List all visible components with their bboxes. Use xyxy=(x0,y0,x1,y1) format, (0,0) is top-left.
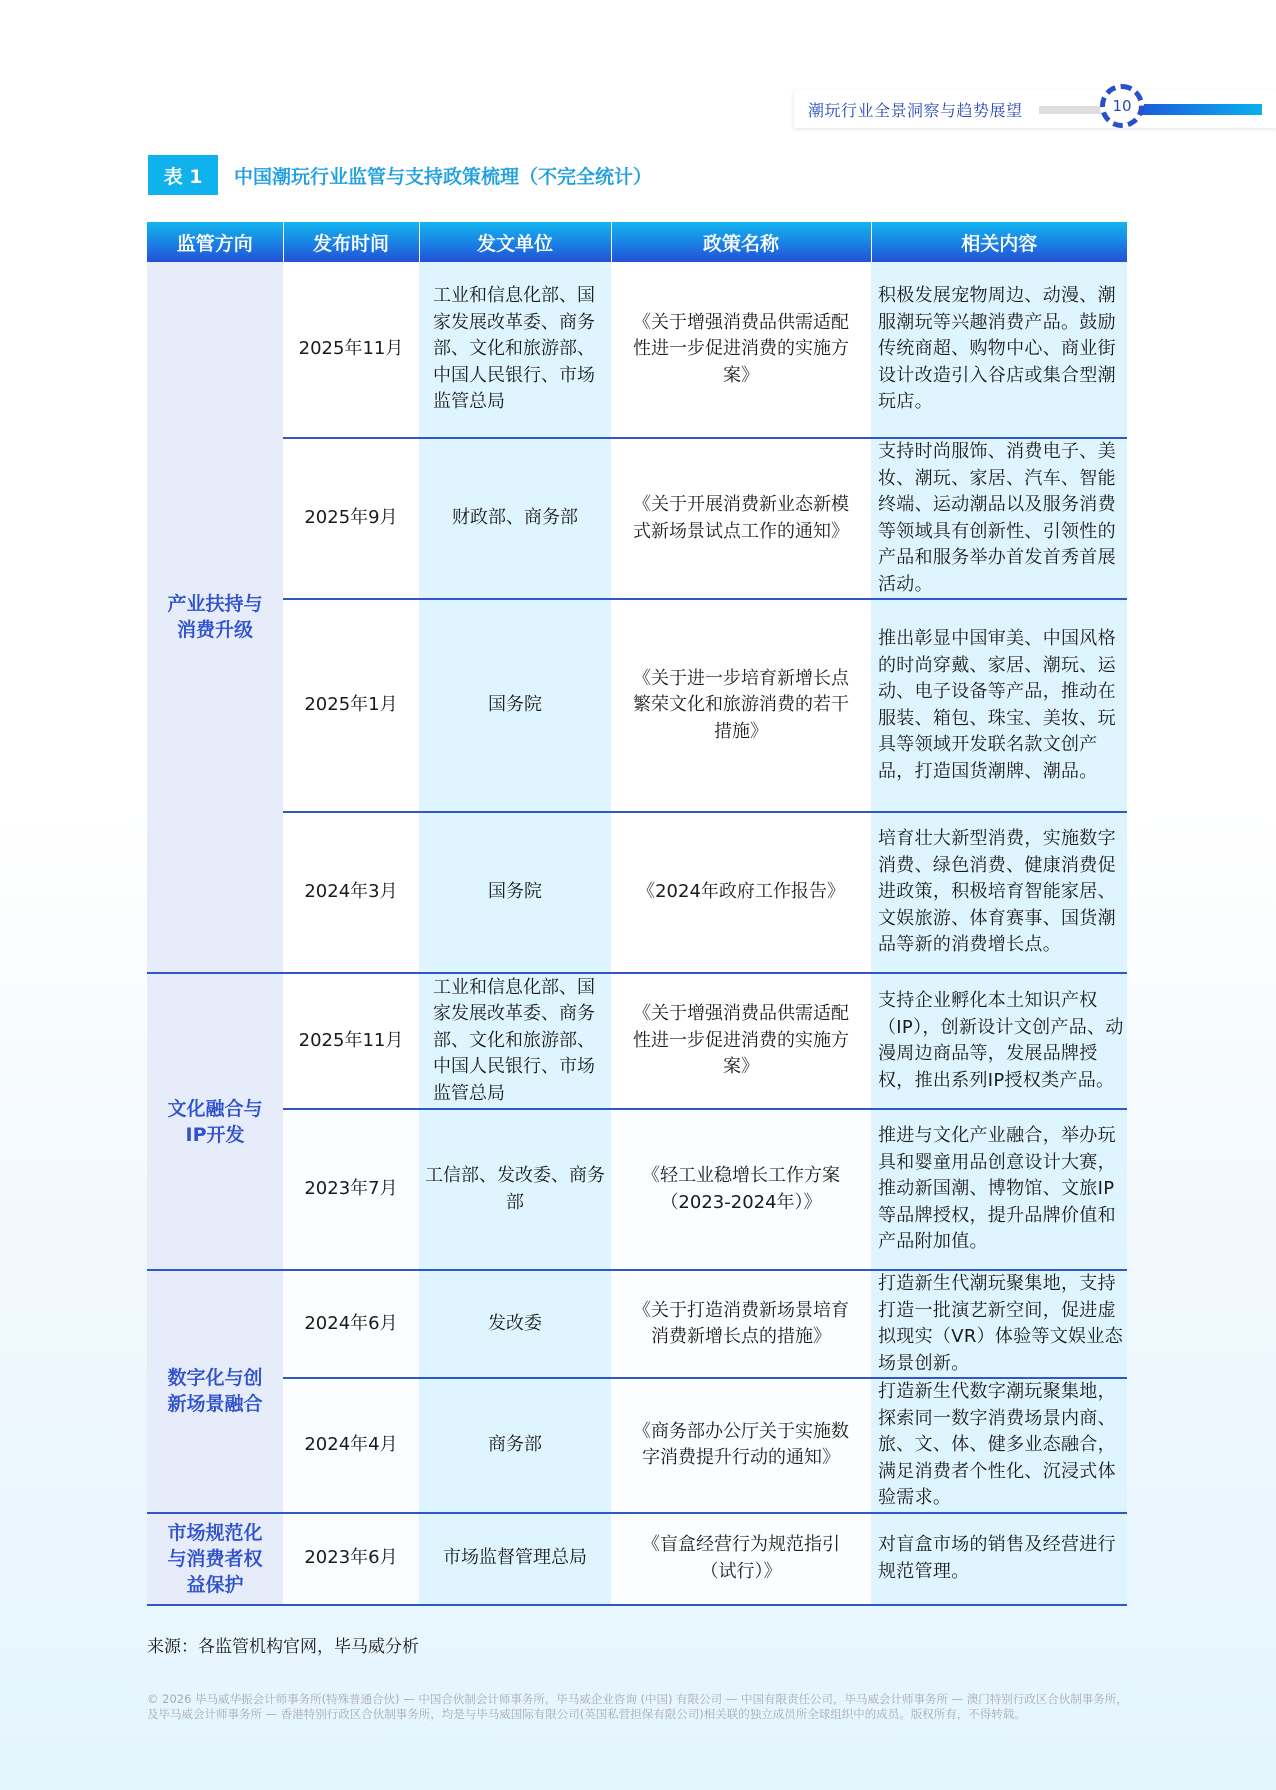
content-cell: 打造新生代潮玩聚集地，支持打造一批演艺新空间，促进虚拟现实（VR）体验等文娱业态… xyxy=(871,1270,1127,1378)
org-cell: 国务院 xyxy=(419,812,611,973)
table-row: 数字化与创 新场景融合 2024年6月 发改委 《关于打造消费新场景培育消费新增… xyxy=(147,1270,1127,1378)
table-header-row: 监管方向 发布时间 发文单位 政策名称 相关内容 xyxy=(147,222,1127,262)
report-header: 潮玩行业全景洞察与趋势展望 10 xyxy=(794,90,1276,128)
org-cell: 商务部 xyxy=(419,1378,611,1513)
table-label: 表 1 xyxy=(148,155,218,195)
date-cell: 2024年3月 xyxy=(283,812,419,973)
table-row: 市场规范化 与消费者权 益保护 2023年6月 市场监督管理总局 《盲盒经营行为… xyxy=(147,1513,1127,1605)
column-header-direction: 监管方向 xyxy=(147,222,283,262)
policy-cell: 《关于增强消费品供需适配性进一步促进消费的实施方案》 xyxy=(611,262,871,438)
page-dial-icon: 10 xyxy=(1100,84,1144,128)
table-row: 产业扶持与 消费升级 2025年11月 工业和信息化部、国家发展改革委、商务部、… xyxy=(147,262,1127,438)
table-title: 中国潮玩行业监管与支持政策梳理（不完全统计） xyxy=(234,162,652,189)
column-header-date: 发布时间 xyxy=(283,222,419,262)
policy-cell: 《盲盒经营行为规范指引（试行）》 xyxy=(611,1513,871,1605)
date-cell: 2025年1月 xyxy=(283,599,419,812)
policy-cell: 《关于进一步培育新增长点繁荣文化和旅游消费的若干措施》 xyxy=(611,599,871,812)
column-header-org: 发文单位 xyxy=(419,222,611,262)
direction-cell: 产业扶持与 消费升级 xyxy=(147,262,283,973)
table-row: 2025年1月 国务院 《关于进一步培育新增长点繁荣文化和旅游消费的若干措施》 … xyxy=(147,599,1127,812)
direction-cell: 市场规范化 与消费者权 益保护 xyxy=(147,1513,283,1605)
table-row: 2023年7月 工信部、发改委、商务部 《轻工业稳增长工作方案（2023-202… xyxy=(147,1109,1127,1270)
table-row: 2024年3月 国务院 《2024年政府工作报告》 培育壮大新型消费，实施数字消… xyxy=(147,812,1127,973)
content-cell: 推出彰显中国审美、中国风格的时尚穿戴、家居、潮玩、运动、电子设备等产品，推动在服… xyxy=(871,599,1127,812)
org-cell: 工业和信息化部、国家发展改革委、商务部、文化和旅游部、中国人民银行、市场监管总局 xyxy=(419,262,611,438)
date-cell: 2023年6月 xyxy=(283,1513,419,1605)
policy-cell: 《关于打造消费新场景培育消费新增长点的措施》 xyxy=(611,1270,871,1378)
date-cell: 2025年9月 xyxy=(283,438,419,599)
policy-cell: 《轻工业稳增长工作方案（2023-2024年）》 xyxy=(611,1109,871,1270)
date-cell: 2025年11月 xyxy=(283,262,419,438)
table-row: 2025年9月 财政部、商务部 《关于开展消费新业态新模式新场景试点工作的通知》… xyxy=(147,438,1127,599)
table-row: 2024年4月 商务部 《商务部办公厅关于实施数字消费提升行动的通知》 打造新生… xyxy=(147,1378,1127,1513)
org-cell: 工信部、发改委、商务部 xyxy=(419,1109,611,1270)
org-cell: 市场监督管理总局 xyxy=(419,1513,611,1605)
content-cell: 积极发展宠物周边、动漫、潮服潮玩等兴趣消费产品。鼓励传统商超、购物中心、商业街设… xyxy=(871,262,1127,438)
copyright-notice: © 2026 毕马威华振会计师事务所(特殊普通合伙) — 中国合伙制会计师事务所… xyxy=(147,1692,1129,1722)
source-note: 来源：各监管机构官网，毕马威分析 xyxy=(147,1632,419,1657)
content-cell: 对盲盒市场的销售及经营进行规范管理。 xyxy=(871,1513,1127,1605)
direction-cell: 文化融合与 IP开发 xyxy=(147,973,283,1270)
org-cell: 国务院 xyxy=(419,599,611,812)
policy-cell: 《商务部办公厅关于实施数字消费提升行动的通知》 xyxy=(611,1378,871,1513)
content-cell: 支持企业孵化本土知识产权（IP），创新设计文创产品、动漫周边商品等，发展品牌授权… xyxy=(871,973,1127,1109)
policy-table: 监管方向 发布时间 发文单位 政策名称 相关内容 产业扶持与 消费升级 2025… xyxy=(147,222,1127,1606)
date-cell: 2024年4月 xyxy=(283,1378,419,1513)
policy-cell: 《2024年政府工作报告》 xyxy=(611,812,871,973)
column-header-policy: 政策名称 xyxy=(611,222,871,262)
org-cell: 工业和信息化部、国家发展改革委、商务部、文化和旅游部、中国人民银行、市场监管总局 xyxy=(419,973,611,1109)
content-cell: 培育壮大新型消费，实施数字消费、绿色消费、健康消费促进政策，积极培育智能家居、文… xyxy=(871,812,1127,973)
content-cell: 推进与文化产业融合，举办玩具和婴童用品创意设计大赛，推动新国潮、博物馆、文旅IP… xyxy=(871,1109,1127,1270)
policy-cell: 《关于增强消费品供需适配性进一步促进消费的实施方案》 xyxy=(611,973,871,1109)
content-cell: 支持时尚服饰、消费电子、美妆、潮玩、家居、汽车、智能终端、运动潮品以及服务消费等… xyxy=(871,438,1127,599)
column-header-content: 相关内容 xyxy=(871,222,1127,262)
date-cell: 2024年6月 xyxy=(283,1270,419,1378)
direction-cell: 数字化与创 新场景融合 xyxy=(147,1270,283,1513)
content-cell: 打造新生代数字潮玩聚集地，探索同一数字消费场景内商、旅、文、体、健多业态融合，满… xyxy=(871,1378,1127,1513)
page-number: 10 xyxy=(1112,97,1131,115)
org-cell: 财政部、商务部 xyxy=(419,438,611,599)
policy-cell: 《关于开展消费新业态新模式新场景试点工作的通知》 xyxy=(611,438,871,599)
date-cell: 2025年11月 xyxy=(283,973,419,1109)
table-row: 文化融合与 IP开发 2025年11月 工业和信息化部、国家发展改革委、商务部、… xyxy=(147,973,1127,1109)
org-cell: 发改委 xyxy=(419,1270,611,1378)
progress-fill xyxy=(1124,104,1262,115)
report-title: 潮玩行业全景洞察与趋势展望 xyxy=(808,98,1023,121)
date-cell: 2023年7月 xyxy=(283,1109,419,1270)
